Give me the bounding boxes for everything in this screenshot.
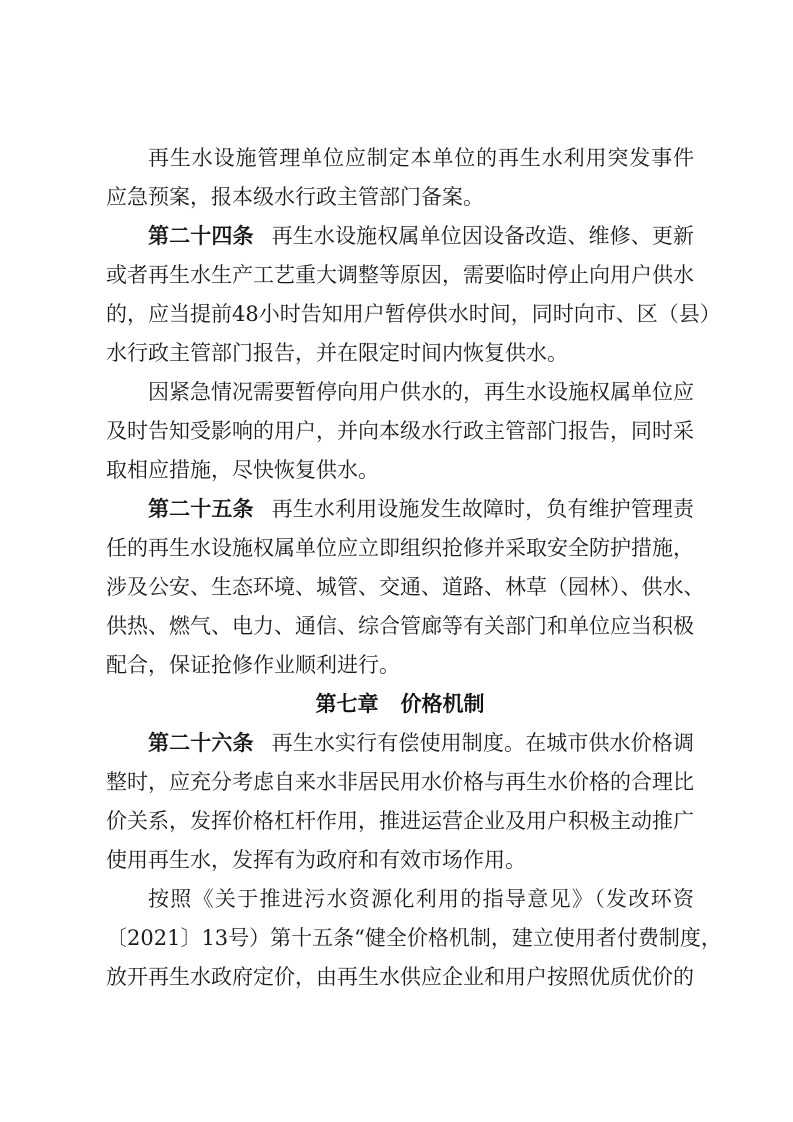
text-line: 整时，应充分考虑自来水非居民用水价格与再生水价格的合理比 (106, 763, 694, 802)
article-24: 第二十四条再生水设施权属单位因设备改造、维修、更新 或者再生水生产工艺重大调整等… (106, 217, 694, 373)
text-line: 第二十六条再生水实行有偿使用制度。在城市供水价格调 (106, 724, 694, 763)
article-label: 第二十六条 (148, 731, 254, 755)
text-line: 使用再生水，发挥有为政府和有效市场作用。 (106, 841, 694, 880)
text-line: 涉及公安、生态环境、城管、交通、道路、林草（园林）、供水、 (106, 568, 694, 607)
article-25: 第二十五条再生水利用设施发生故障时，负有维护管理责 任的再生水设施权属单位应立即… (106, 490, 694, 685)
text-line: 任的再生水设施权属单位应立即组织抢修并采取安全防护措施， (106, 529, 694, 568)
text-line: 〔2021〕13号）第十五条“健全价格机制，建立使用者付费制度， (106, 919, 694, 958)
text-line: 或者再生水生产工艺重大调整等原因，需要临时停止向用户供水 (106, 256, 694, 295)
text-line: 供热、燃气、电力、通信、综合管廊等有关部门和单位应当积极 (106, 607, 694, 646)
text-line: 取相应措施，尽快恢复供水。 (106, 451, 694, 490)
article-label: 第二十四条 (148, 224, 254, 248)
article-text: 再生水设施权属单位因设备改造、维修、更新 (272, 224, 694, 248)
text-line: 配合，保证抢修作业顺利进行。 (106, 646, 694, 685)
text-line: 因紧急情况需要暂停向用户供水的，再生水设施权属单位应 (106, 373, 694, 412)
article-label: 第二十五条 (148, 497, 254, 521)
paragraph-guideline-reference: 按照《关于推进污水资源化利用的指导意见》（发改环资 〔2021〕13号）第十五条… (106, 880, 694, 997)
paragraph-emergency-plan: 再生水设施管理单位应制定本单位的再生水利用突发事件 应急预案，报本级水行政主管部… (106, 139, 694, 217)
paragraph-emergency-stop: 因紧急情况需要暂停向用户供水的，再生水设施权属单位应 及时告知受影响的用户，并向… (106, 373, 694, 490)
text-line: 应急预案，报本级水行政主管部门备案。 (106, 178, 694, 217)
text-line: 的，应当提前48小时告知用户暂停供水时间，同时向市、区（县） (106, 295, 694, 334)
text-line: 及时告知受影响的用户，并向本级水行政主管部门报告，同时采 (106, 412, 694, 451)
chapter-number: 第七章 (316, 692, 379, 716)
text-line: 再生水设施管理单位应制定本单位的再生水利用突发事件 (106, 139, 694, 178)
document-page: 再生水设施管理单位应制定本单位的再生水利用突发事件 应急预案，报本级水行政主管部… (106, 139, 694, 997)
text-line: 价关系，发挥价格杠杆作用，推进运营企业及用户积极主动推广 (106, 802, 694, 841)
article-text: 再生水实行有偿使用制度。在城市供水价格调 (272, 731, 694, 755)
text-line: 第二十五条再生水利用设施发生故障时，负有维护管理责 (106, 490, 694, 529)
text-line: 放开再生水政府定价，由再生水供应企业和用户按照优质优价的 (106, 958, 694, 997)
text-line: 水行政主管部门报告，并在限定时间内恢复供水。 (106, 334, 694, 373)
article-26: 第二十六条再生水实行有偿使用制度。在城市供水价格调 整时，应充分考虑自来水非居民… (106, 724, 694, 880)
text-line: 按照《关于推进污水资源化利用的指导意见》（发改环资 (106, 880, 694, 919)
chapter-title: 价格机制 (401, 692, 485, 716)
chapter-heading: 第七章价格机制 (106, 685, 694, 724)
text-line: 第二十四条再生水设施权属单位因设备改造、维修、更新 (106, 217, 694, 256)
article-text: 再生水利用设施发生故障时，负有维护管理责 (272, 497, 694, 521)
